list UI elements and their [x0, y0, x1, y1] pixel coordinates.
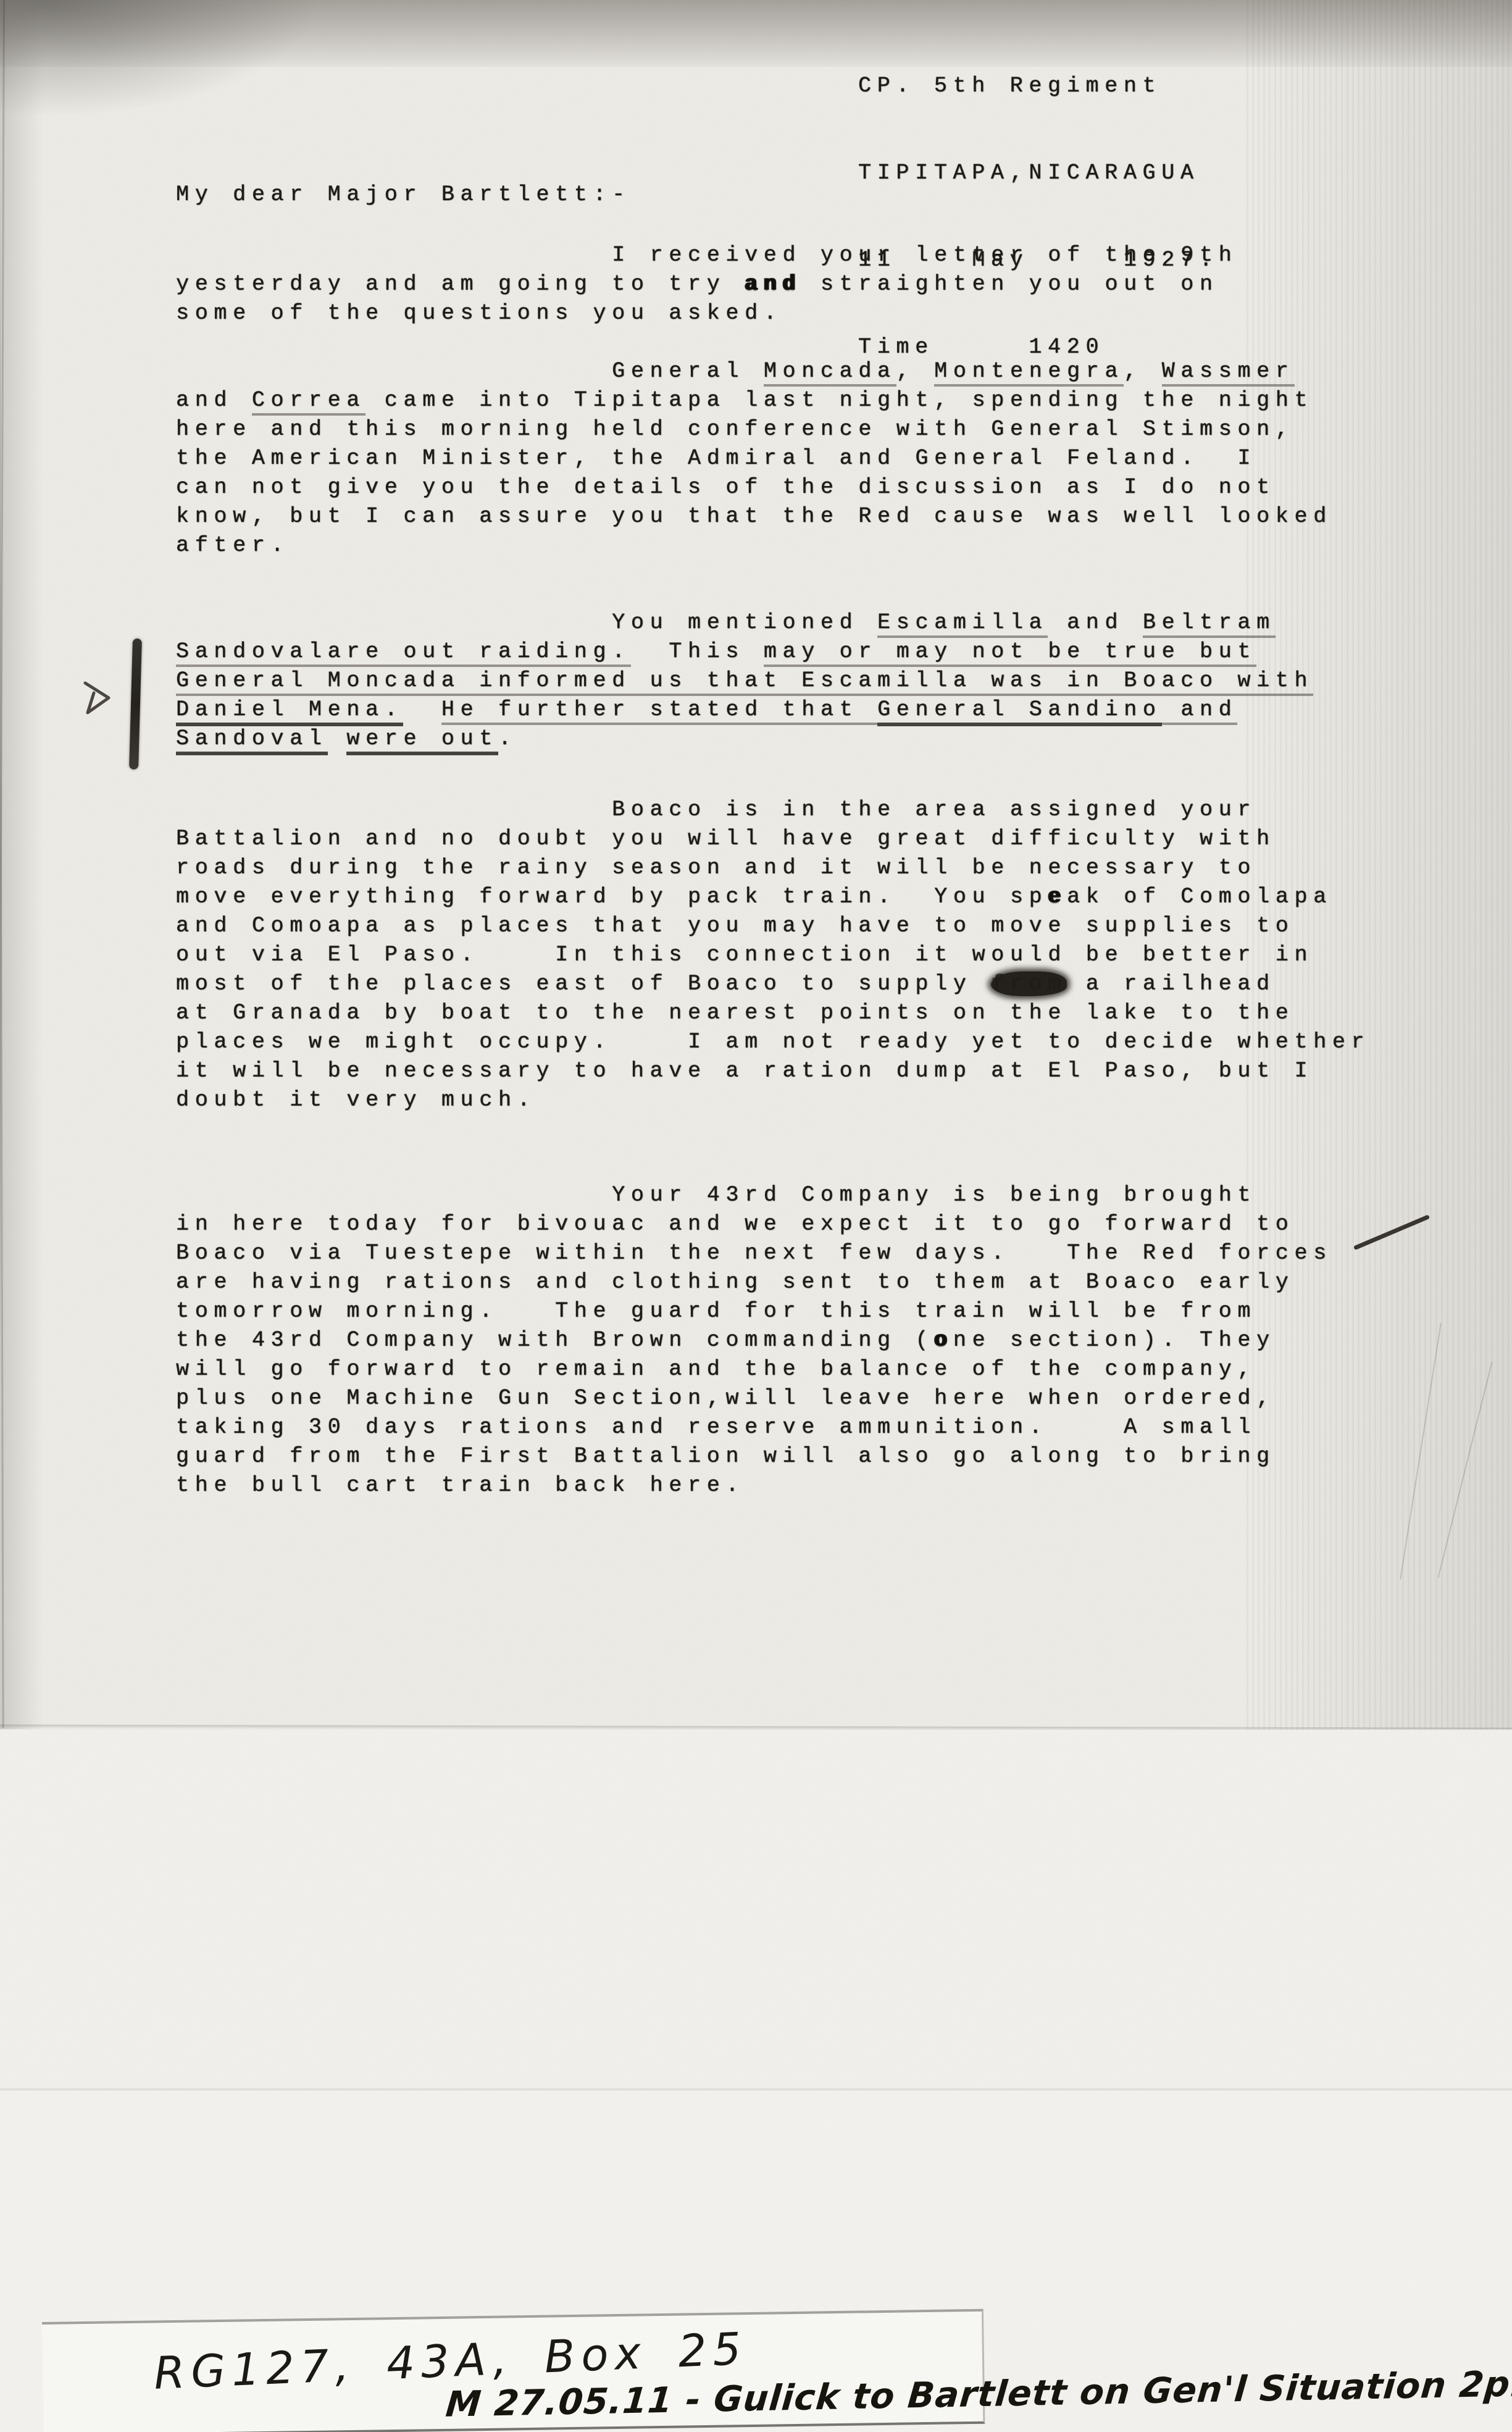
typed-text: and [1048, 610, 1143, 635]
overtyped-text: and [745, 272, 801, 296]
typed-line: yesterday and am going to try and straig… [176, 270, 1237, 299]
typed-line: General Moncada informed us that Escamil… [176, 666, 1313, 695]
underlined-text: and [1162, 697, 1238, 725]
typed-line: in here today for bivouac and we expect … [176, 1210, 1332, 1239]
typed-line: move everything forward by pack train. Y… [176, 883, 1370, 912]
typed-text: here and this morning held conference wi… [176, 417, 1295, 442]
overtyped-text: o [934, 1328, 953, 1352]
typed-line: here and this morning held conference wi… [176, 415, 1332, 444]
typed-text: out via El Paso. In this connection it w… [176, 942, 1313, 967]
typed-text: I received your letter of the 9th [176, 243, 1237, 267]
typed-text: You mentioned [176, 610, 877, 635]
typed-line: it will be necessary to have a ration du… [176, 1057, 1370, 1086]
typed-line: and Correa came into Tipitapa last night… [176, 386, 1332, 415]
typed-line: Sandoval were out. [176, 724, 1313, 753]
typed-line: are having rations and clothing sent to … [176, 1268, 1332, 1297]
underlined-text: Sandovalare out raiding. [176, 639, 631, 667]
typed-text: and Comoapa as places that you may have … [176, 913, 1295, 938]
typed-text: Your 43rd Company is being brought [176, 1183, 1256, 1207]
typed-text: , [896, 359, 934, 384]
typed-text: General [176, 359, 764, 384]
typed-line: Your 43rd Company is being brought [176, 1181, 1332, 1210]
typed-text: the bull cart train back here. [176, 1473, 745, 1498]
typed-text: Boaco via Tuestepe within the next few d… [176, 1241, 1332, 1265]
typed-text: Boaco is in the area assigned your [176, 797, 1256, 822]
typed-line: know, but I can assure you that the Red … [176, 502, 1332, 531]
typed-text: in here today for bivouac and we expect … [176, 1212, 1295, 1236]
typed-text: places we might occupy. I am not ready y… [176, 1029, 1370, 1054]
typed-line: out via El Paso. In this connection it w… [176, 941, 1370, 970]
typed-line: You mentioned Escamilla and Beltram [176, 608, 1313, 637]
underlined-text: Correa [252, 388, 365, 416]
paragraph: Your 43rd Company is being broughtin her… [176, 1181, 1332, 1500]
typed-text [328, 726, 347, 751]
typed-line: can not give you the details of the disc… [176, 473, 1332, 502]
typed-text: after. [176, 533, 290, 558]
typed-line: the American Minister, the Admiral and G… [176, 444, 1332, 473]
typed-text: the 43rd Company with Brown commanding ( [176, 1328, 934, 1352]
typed-text: at Granada by boat to the nearest points… [176, 1000, 1295, 1025]
typed-text: ak of Comolapa [1067, 884, 1332, 909]
blotted-text: from [991, 971, 1067, 996]
typed-line: the 43rd Company with Brown commanding (… [176, 1326, 1332, 1355]
typed-text: will go forward to remain and the balanc… [176, 1357, 1256, 1382]
typed-line: Boaco via Tuestepe within the next few d… [176, 1239, 1332, 1268]
underlined-text: General Moncada informed us that Escamil… [176, 668, 1313, 696]
typed-line: Boaco is in the area assigned your [176, 795, 1370, 824]
letter: CP. 5th Regiment TIPITAPA,NICARAGUA 11 M… [0, 0, 1512, 2432]
typed-text: , [1124, 359, 1161, 384]
typed-text: are having rations and clothing sent to … [176, 1270, 1295, 1294]
salutation: My dear Major Bartlett:- [176, 180, 631, 209]
typed-line: roads during the rainy season and it wil… [176, 853, 1370, 883]
underlined-text: Montenegra [934, 359, 1124, 387]
overtyped-text: e [1048, 884, 1067, 909]
letterhead-line: CP. 5th Regiment [858, 72, 1218, 101]
paragraph: You mentioned Escamilla and BeltramSando… [176, 608, 1313, 753]
paragraph: General Moncada, Montenegra, Wassmerand … [176, 357, 1332, 560]
typed-line: some of the questions you asked. [176, 299, 1237, 328]
typed-line: after. [176, 531, 1332, 560]
typed-text: yesterday and am going to try [176, 272, 745, 296]
typed-text: know, but I can assure you that the Red … [176, 504, 1332, 529]
typed-text: doubt it very much. [176, 1088, 536, 1112]
typed-text: and [176, 388, 252, 413]
typed-text: taking 30 days rations and reserve ammun… [176, 1415, 1256, 1440]
typed-text [403, 697, 441, 722]
typed-text: This [631, 639, 764, 664]
typed-line: places we might occupy. I am not ready y… [176, 1028, 1370, 1057]
typed-text: the American Minister, the Admiral and G… [176, 446, 1256, 471]
paragraph: I received your letter of the 9thyesterd… [176, 241, 1237, 328]
typed-line: I received your letter of the 9th [176, 241, 1237, 270]
typed-text: roads during the rainy season and it wil… [176, 855, 1256, 880]
typed-line: Sandovalare out raiding. This may or may… [176, 637, 1313, 666]
typed-text: move everything forward by pack train. Y… [176, 884, 1048, 909]
typed-line: doubt it very much. [176, 1086, 1370, 1115]
underlined-text: Wassmer [1162, 359, 1295, 387]
paragraph: Boaco is in the area assigned yourBattal… [176, 795, 1370, 1115]
typed-line: taking 30 days rations and reserve ammun… [176, 1413, 1332, 1442]
typed-text: most of the places east of Boaco to supp… [176, 971, 991, 996]
typed-text: guard from the First Battalion will also… [176, 1444, 1276, 1469]
underlined-text: Moncada [764, 359, 896, 387]
underlined-text: Sandoval [176, 726, 328, 755]
typed-text: ne section). They [953, 1328, 1276, 1352]
underlined-text: General Sandino [877, 697, 1162, 726]
typed-line: General Moncada, Montenegra, Wassmer [176, 357, 1332, 386]
typed-text: some of the questions you asked. [176, 301, 783, 325]
typed-line: the bull cart train back here. [176, 1471, 1332, 1500]
typed-text: came into Tipitapa last night, spending … [365, 388, 1313, 413]
underlined-text: Escamilla [877, 610, 1048, 638]
typed-text: tomorrow morning. The guard for this tra… [176, 1299, 1256, 1323]
letterhead-line: TIPITAPA,NICARAGUA [858, 159, 1218, 188]
typed-line: Battalion and no doubt you will have gre… [176, 824, 1370, 853]
typed-text: can not give you the details of the disc… [176, 475, 1276, 500]
typed-line: Daniel Mena. He further stated that Gene… [176, 695, 1313, 724]
typed-line: most of the places east of Boaco to supp… [176, 970, 1370, 999]
typed-line: plus one Machine Gun Section,will leave … [176, 1384, 1332, 1413]
typed-line: and Comoapa as places that you may have … [176, 912, 1370, 941]
underlined-text: Beltram [1143, 610, 1276, 638]
typed-line: at Granada by boat to the nearest points… [176, 999, 1370, 1028]
underlined-text: He further stated that [441, 697, 877, 725]
typed-line: tomorrow morning. The guard for this tra… [176, 1297, 1332, 1326]
typed-line: guard from the First Battalion will also… [176, 1442, 1332, 1471]
typed-text: it will be necessary to have a ration du… [176, 1059, 1313, 1083]
underlined-text: Daniel Mena. [176, 697, 403, 726]
underlined-text: were out [346, 726, 498, 755]
typed-text: a railhead [1067, 971, 1276, 996]
typed-text: straighten you out on [801, 272, 1218, 296]
typed-text: Battalion and no doubt you will have gre… [176, 826, 1276, 851]
underlined-text: may or may not be true but [764, 639, 1256, 667]
typed-text: plus one Machine Gun Section,will leave … [176, 1386, 1276, 1411]
typed-text: . [498, 726, 517, 751]
typed-line: will go forward to remain and the balanc… [176, 1355, 1332, 1384]
document-page: CP. 5th Regiment TIPITAPA,NICARAGUA 11 M… [0, 0, 1512, 2432]
